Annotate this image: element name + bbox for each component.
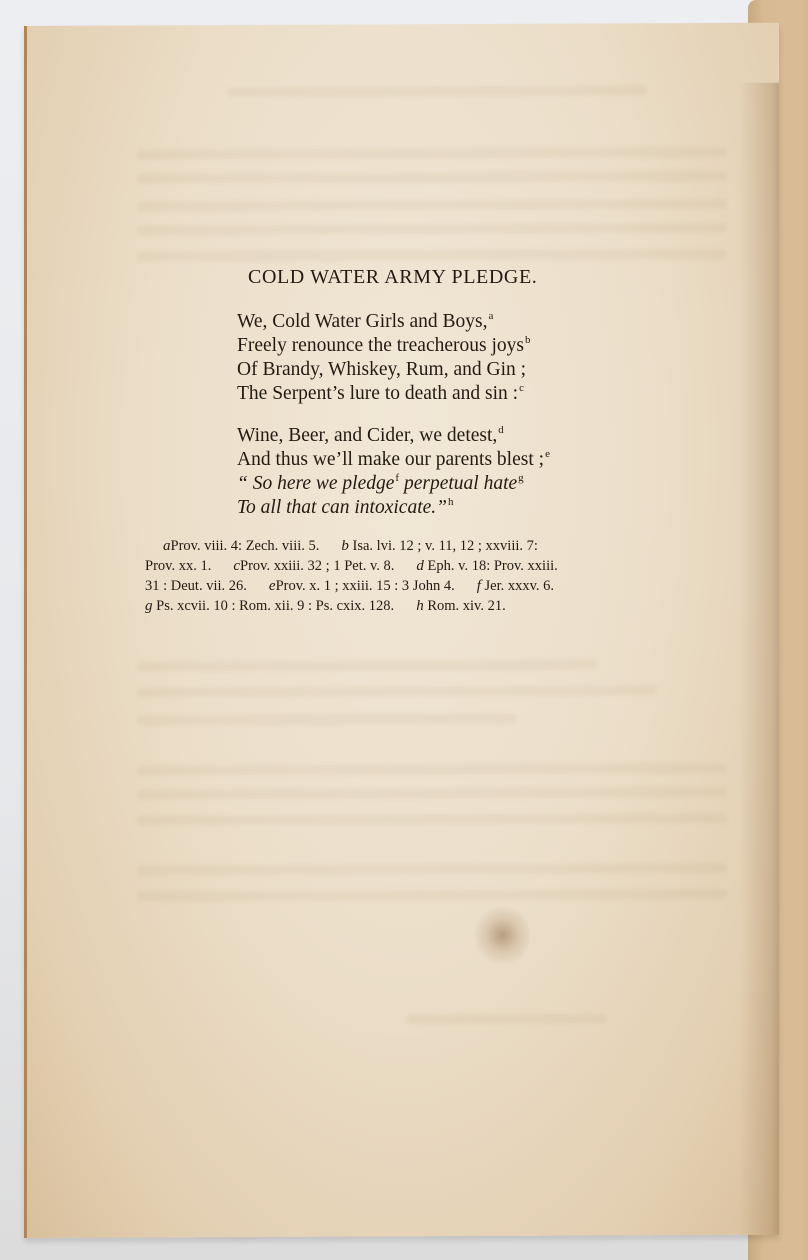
verse-text: perpetual hate <box>399 473 517 494</box>
verse-text: “ So here we pledge <box>237 473 394 494</box>
footnote-mark-a: a <box>163 538 171 554</box>
footnote-d: Eph. v. 18: Prov. xxiii. <box>428 558 558 574</box>
footnote-ref: e <box>545 448 550 460</box>
footnote-e: Prov. x. 1 ; xxiii. 15 : 3 John 4. <box>276 578 455 594</box>
footnote-g: Ps. xcvii. 10 : Rom. xii. 9 : Ps. cxix. … <box>156 598 394 614</box>
verse-text: Freely renounce the treacherous joys <box>237 335 524 356</box>
footnote-mark-d: d <box>416 558 424 574</box>
verse-line: And thus we’ll make our parents blest ;e <box>237 448 550 472</box>
stanza-1: We, Cold Water Girls and Boys,a Freely r… <box>237 310 530 406</box>
footnote-line: 31 : Deut. vii. 26.eProv. x. 1 ; xxiii. … <box>145 576 725 596</box>
footnote-ref: h <box>448 496 454 508</box>
page-text: COLD WATER ARMY PLEDGE. We, Cold Water G… <box>0 0 808 1260</box>
footnote-mark-c: c <box>233 558 240 574</box>
verse-line: Wine, Beer, and Cider, we detest,d <box>237 424 550 448</box>
verse-text: To all that can intoxicate.” <box>237 497 447 518</box>
footnotes: aProv. viii. 4: Zech. viii. 5.b Isa. lvi… <box>145 536 725 616</box>
footnote-ref: g <box>518 472 524 484</box>
footnote-line: Prov. xx. 1.cProv. xxiii. 32 ; 1 Pet. v.… <box>145 556 725 576</box>
footnote-mark-g: g <box>145 598 153 614</box>
verse-text: And thus we’ll make our parents blest ; <box>237 449 544 470</box>
footnote-b-continued: Prov. xx. 1. <box>145 558 211 574</box>
stanza-2: Wine, Beer, and Cider, we detest,d And t… <box>237 424 550 520</box>
verse-line: The Serpent’s lure to death and sin :c <box>237 382 530 406</box>
footnote-ref: d <box>498 424 504 436</box>
verse-line: We, Cold Water Girls and Boys,a <box>237 310 530 334</box>
verse-text: The Serpent’s lure to death and sin : <box>237 383 518 404</box>
footnote-line: aProv. viii. 4: Zech. viii. 5.b Isa. lvi… <box>145 536 725 556</box>
footnote-ref: a <box>489 310 494 322</box>
footnote-h: Rom. xiv. 21. <box>427 598 505 614</box>
footnote-b: Isa. lvi. 12 ; v. 11, 12 ; xxviii. 7: <box>353 538 538 554</box>
footnote-a: Prov. viii. 4: Zech. viii. 5. <box>171 538 320 554</box>
verse-line: Of Brandy, Whiskey, Rum, and Gin ; <box>237 358 530 382</box>
verse-text: Wine, Beer, and Cider, we detest, <box>237 425 497 446</box>
footnote-d-continued: 31 : Deut. vii. 26. <box>145 578 247 594</box>
verse-line: To all that can intoxicate.”h <box>237 496 550 520</box>
footnote-mark-f: f <box>477 578 481 594</box>
footnote-line: g Ps. xcvii. 10 : Rom. xii. 9 : Ps. cxix… <box>145 596 725 616</box>
verse-line: “ So here we pledgef perpetual hateg <box>237 472 550 496</box>
page-title: COLD WATER ARMY PLEDGE. <box>248 266 537 289</box>
footnote-mark-h: h <box>416 598 424 614</box>
footnote-c: Prov. xxiii. 32 ; 1 Pet. v. 8. <box>240 558 394 574</box>
footnote-mark-b: b <box>341 538 349 554</box>
verse-line: Freely renounce the treacherous joysb <box>237 334 530 358</box>
footnote-ref: b <box>525 334 531 346</box>
verse-text: Of Brandy, Whiskey, Rum, and Gin ; <box>237 359 526 380</box>
footnote-mark-e: e <box>269 578 276 594</box>
footnote-f: Jer. xxxv. 6. <box>485 578 555 594</box>
footnote-ref: c <box>519 382 524 394</box>
verse-text: We, Cold Water Girls and Boys, <box>237 311 488 332</box>
